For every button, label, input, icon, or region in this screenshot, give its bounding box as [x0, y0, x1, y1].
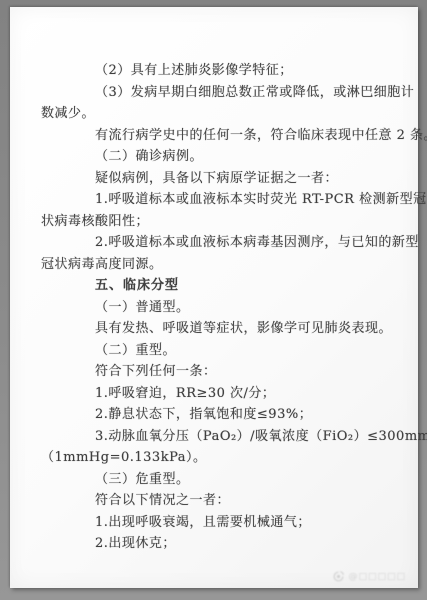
document-line: （2）具有上述肺炎影像学特征；: [41, 60, 407, 82]
document-line: 3.动脉血氧分压（PaO₂）/吸氧浓度（FiO₂）≤300mmHg: [41, 426, 407, 448]
document-line: 有流行病学史中的任何一条，符合临床表现中任意 2 条。: [41, 125, 407, 147]
document-line: 具有发热、呼吸道等症状，影像学可见肺炎表现。: [41, 318, 407, 340]
document-line: 1.出现呼吸衰竭，且需要机械通气；: [41, 512, 407, 534]
document-line: 1.呼吸窘迫，RR≥30 次/分；: [41, 383, 407, 405]
document-line: （二）重型。: [41, 340, 407, 362]
document-line: （3）发病早期白细胞总数正常或降低，或淋巴细胞计: [41, 82, 407, 104]
document-line: 疑似病例，具备以下病原学证据之一者：: [41, 168, 407, 190]
document-line: 1.呼吸道标本或血液标本实时荧光 RT-PCR 检测新型冠: [41, 189, 407, 211]
photo-background: （2）具有上述肺炎影像学特征；（3）发病早期白细胞总数正常或降低，或淋巴细胞计数…: [0, 0, 427, 600]
document-page: （2）具有上述肺炎影像学特征；（3）发病早期白细胞总数正常或降低，或淋巴细胞计数…: [10, 7, 418, 588]
document-content: （2）具有上述肺炎影像学特征；（3）发病早期白细胞总数正常或降低，或淋巴细胞计数…: [41, 60, 407, 555]
document-line: （1mmHg=0.133kPa）。: [41, 447, 407, 469]
weibo-watermark: @□□□□□: [332, 570, 406, 583]
document-line: 2.出现休克；: [41, 533, 407, 555]
document-line: 状病毒核酸阳性；: [41, 211, 407, 233]
document-line: 2.呼吸道标本或血液标本病毒基因测序，与已知的新型: [41, 232, 407, 254]
document-line: （一）普通型。: [41, 297, 407, 319]
document-line: 2.静息状态下，指氧饱和度≤93%；: [41, 404, 407, 426]
document-line: 符合以下情况之一者：: [41, 490, 407, 512]
document-line: 冠状病毒高度同源。: [41, 254, 407, 276]
weibo-eye-icon: [332, 570, 345, 583]
watermark-text: @□□□□□: [348, 572, 406, 582]
document-line: 数减少。: [41, 103, 407, 125]
document-line: 五、临床分型: [41, 275, 407, 297]
document-line: （二）确诊病例。: [41, 146, 407, 168]
document-line: （三）危重型。: [41, 469, 407, 491]
document-line: 符合下列任何一条：: [41, 361, 407, 383]
